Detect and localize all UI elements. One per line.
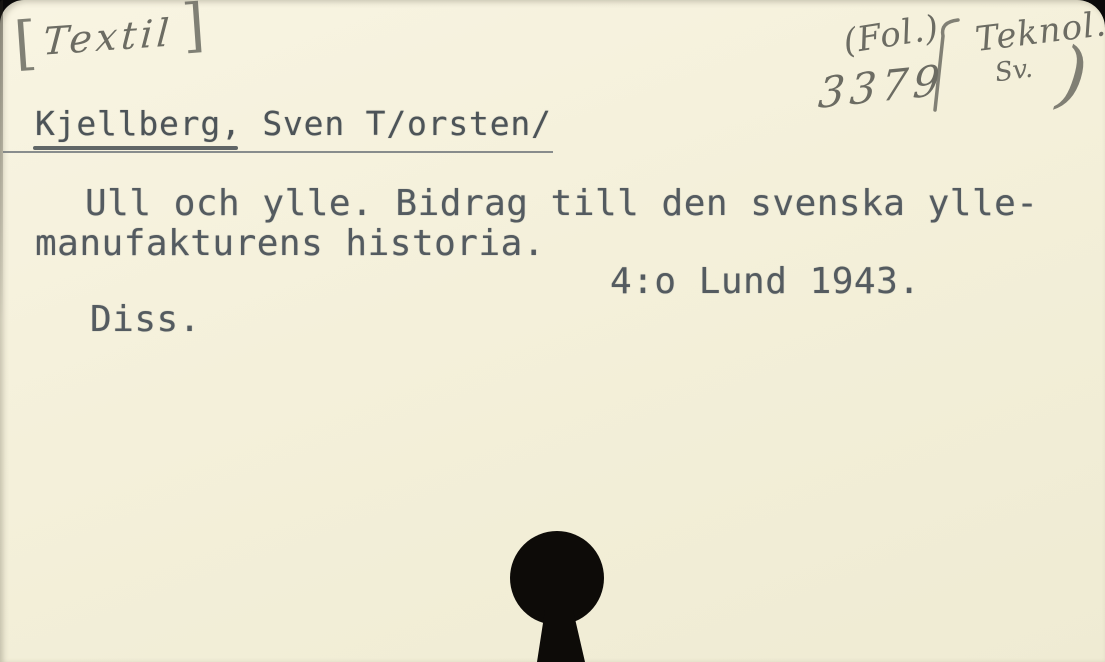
subject-open-bracket: [ bbox=[12, 13, 39, 72]
imprint-line: 4:o Lund 1943. bbox=[610, 264, 920, 300]
handwritten-classification-sub: Sv. bbox=[993, 56, 1034, 87]
handwritten-closing-paren: ) bbox=[1054, 37, 1090, 114]
author-heading-thin-underline bbox=[3, 151, 553, 153]
title-line-2: manufakturens historia. bbox=[35, 226, 545, 262]
subject-close-bracket: ] bbox=[180, 0, 207, 55]
author-heading: Kjellberg, Sven T/orsten/ bbox=[35, 107, 552, 140]
title-line-1: Ull och ylle. Bidrag till den svenska yl… bbox=[85, 186, 1038, 222]
author-heading-heavy-underline bbox=[33, 146, 238, 150]
keyhole-punch-hole-icon bbox=[505, 528, 610, 662]
catalog-card: [ Textil ] (Fol.) Teknol. Sv. ) 3379 Kje… bbox=[0, 0, 1105, 662]
handwritten-subject-label: [ Textil ] bbox=[12, 1, 207, 72]
dissertation-note: Diss. bbox=[90, 302, 201, 338]
subject-word: Textil bbox=[41, 13, 173, 60]
card-left-edge-shadow bbox=[0, 0, 3, 320]
